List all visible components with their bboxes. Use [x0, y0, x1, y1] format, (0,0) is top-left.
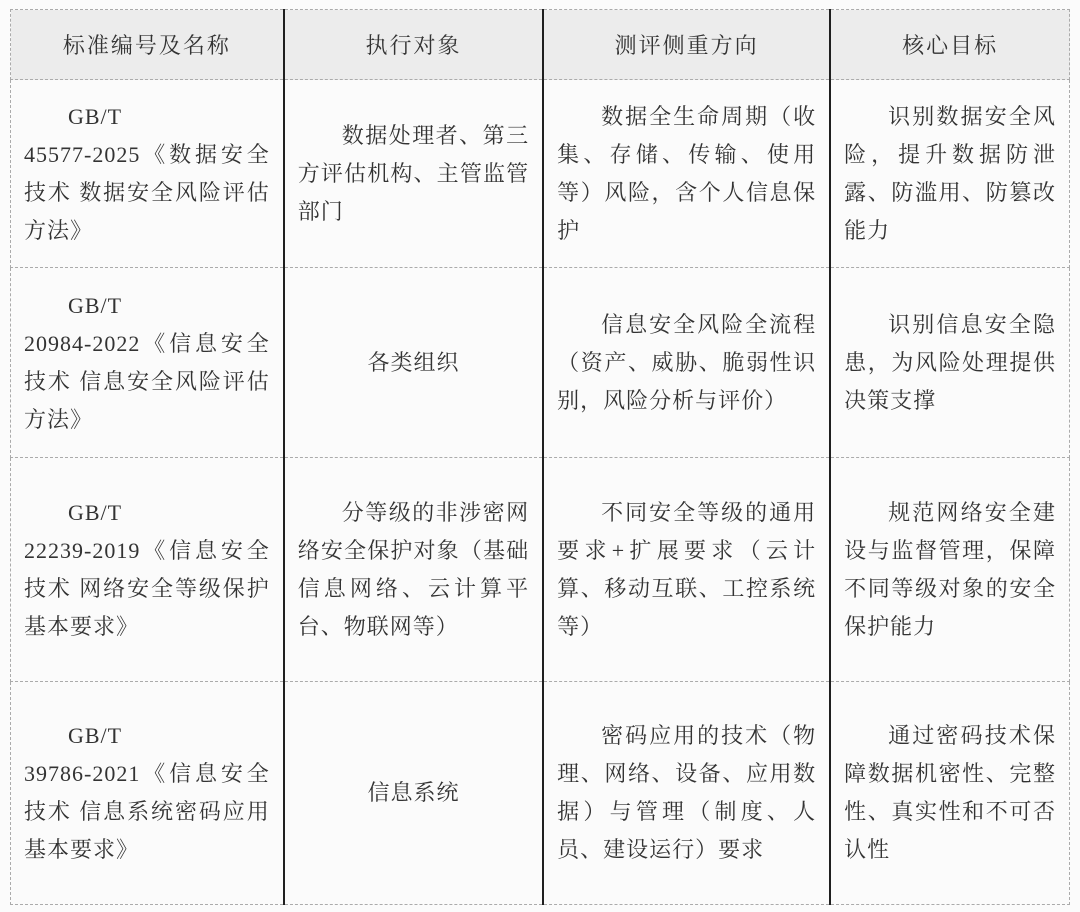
standard-text: GB/T 22239-2019《信息安全技术 网络安全等级保护基本要求》: [24, 494, 270, 646]
table-body: GB/T 45577-2025《数据安全技术 数据安全风险评估方法》 数据处理者…: [11, 80, 1070, 905]
header-standard-number: 标准编号及名称: [11, 10, 284, 80]
standards-comparison-table: 标准编号及名称 执行对象 测评侧重方向 核心目标 GB/T 45577-2025…: [10, 9, 1070, 905]
table-row: GB/T 22239-2019《信息安全技术 网络安全等级保护基本要求》 分等级…: [11, 458, 1070, 682]
table-row: GB/T 39786-2021《信息安全技术 信息系统密码应用基本要求》 信息系…: [11, 682, 1070, 905]
target-cell: 分等级的非涉密网络安全保护对象（基础信息网络、云计算平台、物联网等）: [284, 458, 543, 682]
target-cell: 数据处理者、第三方评估机构、主管监管部门: [284, 80, 543, 268]
focus-cell: 不同安全等级的通用要求+扩展要求（云计算、移动互联、工控系统等）: [543, 458, 830, 682]
focus-cell: 信息安全风险全流程（资产、威胁、脆弱性识别，风险分析与评价）: [543, 268, 830, 458]
standard-cell: GB/T 22239-2019《信息安全技术 网络安全等级保护基本要求》: [11, 458, 284, 682]
table-row: GB/T 20984-2022《信息安全技术 信息安全风险评估方法》 各类组织 …: [11, 268, 1070, 458]
standard-text: GB/T 45577-2025《数据安全技术 数据安全风险评估方法》: [24, 98, 270, 250]
target-text: 信息系统: [298, 774, 529, 812]
standard-cell: GB/T 45577-2025《数据安全技术 数据安全风险评估方法》: [11, 80, 284, 268]
focus-cell: 密码应用的技术（物理、网络、设备、应用数据）与管理（制度、人员、建设运行）要求: [543, 682, 830, 905]
target-cell: 各类组织: [284, 268, 543, 458]
standard-cell: GB/T 39786-2021《信息安全技术 信息系统密码应用基本要求》: [11, 682, 284, 905]
page: 标准编号及名称 执行对象 测评侧重方向 核心目标 GB/T 45577-2025…: [0, 0, 1080, 912]
goal-cell: 通过密码技术保障数据机密性、完整性、真实性和不可否认性: [830, 682, 1069, 905]
goal-text: 识别信息安全隐患，为风险处理提供决策支撑: [844, 306, 1056, 420]
table-header: 标准编号及名称 执行对象 测评侧重方向 核心目标: [11, 10, 1070, 80]
standard-cell: GB/T 20984-2022《信息安全技术 信息安全风险评估方法》: [11, 268, 284, 458]
target-text: 数据处理者、第三方评估机构、主管监管部门: [298, 117, 529, 231]
standard-text: GB/T 20984-2022《信息安全技术 信息安全风险评估方法》: [24, 287, 270, 439]
focus-cell: 数据全生命周期（收集、存储、传输、使用等）风险，含个人信息保护: [543, 80, 830, 268]
focus-text: 密码应用的技术（物理、网络、设备、应用数据）与管理（制度、人员、建设运行）要求: [557, 717, 816, 869]
header-execution-target: 执行对象: [284, 10, 543, 80]
goal-cell: 识别信息安全隐患，为风险处理提供决策支撑: [830, 268, 1069, 458]
target-text: 各类组织: [298, 344, 529, 382]
goal-cell: 规范网络安全建设与监督管理，保障不同等级对象的安全保护能力: [830, 458, 1069, 682]
table-row: GB/T 45577-2025《数据安全技术 数据安全风险评估方法》 数据处理者…: [11, 80, 1070, 268]
goal-text: 识别数据安全风险，提升数据防泄露、防滥用、防篡改能力: [844, 98, 1056, 250]
goal-text: 通过密码技术保障数据机密性、完整性、真实性和不可否认性: [844, 717, 1056, 869]
goal-text: 规范网络安全建设与监督管理，保障不同等级对象的安全保护能力: [844, 494, 1056, 646]
focus-text: 数据全生命周期（收集、存储、传输、使用等）风险，含个人信息保护: [557, 98, 816, 250]
header-evaluation-focus: 测评侧重方向: [543, 10, 830, 80]
focus-text: 不同安全等级的通用要求+扩展要求（云计算、移动互联、工控系统等）: [557, 494, 816, 646]
header-core-goal: 核心目标: [830, 10, 1069, 80]
goal-cell: 识别数据安全风险，提升数据防泄露、防滥用、防篡改能力: [830, 80, 1069, 268]
target-text: 分等级的非涉密网络安全保护对象（基础信息网络、云计算平台、物联网等）: [298, 494, 529, 646]
focus-text: 信息安全风险全流程（资产、威胁、脆弱性识别，风险分析与评价）: [557, 306, 816, 420]
header-row: 标准编号及名称 执行对象 测评侧重方向 核心目标: [11, 10, 1070, 80]
target-cell: 信息系统: [284, 682, 543, 905]
standard-text: GB/T 39786-2021《信息安全技术 信息系统密码应用基本要求》: [24, 717, 270, 869]
